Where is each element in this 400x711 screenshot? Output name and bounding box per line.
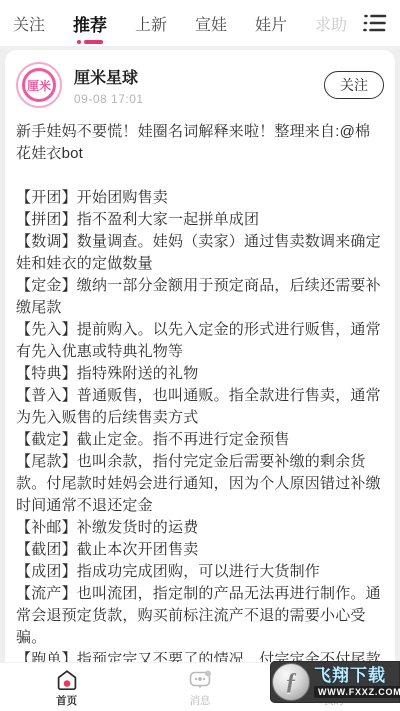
glossary-entry: 【截定】截止定金。指不再进行定金预售	[16, 429, 384, 451]
watermark: ƒ 飞翔下载 WWW.FXXZ.COM	[270, 661, 400, 703]
glossary-entry: 【开团】开始团购售卖	[16, 187, 384, 209]
category-list-icon[interactable]	[363, 13, 387, 33]
tab-recommend[interactable]: 推荐	[73, 7, 107, 40]
post-content: 新手娃妈不要慌！娃圈名词解释来啦！整理来自:@棉花娃衣bot 【开团】开始团购售…	[16, 121, 384, 663]
glossary-entry: 【尾款】也叫余款，指付完定金后需要补缴的剩余货款。付尾款时娃妈会进行通知，因为个…	[16, 451, 384, 517]
message-icon	[188, 669, 212, 691]
watermark-url: WWW.FXXZ.COM	[314, 686, 400, 698]
glossary-entry: 【定金】缴纳一部分金额用于预定商品，后续还需要补缴尾款	[16, 275, 384, 319]
glossary-entry: 【截团】截止本次开团售卖	[16, 539, 384, 561]
glossary-list: 【开团】开始团购售卖【拼团】指不盈利大家一起拼单成团【数调】数量调查。娃妈（卖家…	[16, 187, 384, 663]
post-timestamp: 09-08 17:01	[74, 92, 144, 106]
post-card: 厘米 厘米星球 09-08 17:01 关注 新手娃妈不要慌！娃圈名词解释来啦！…	[5, 50, 395, 663]
follow-button[interactable]: 关注	[324, 71, 384, 99]
avatar[interactable]: 厘米	[16, 62, 62, 108]
fxxz-logo-icon: ƒ	[272, 663, 310, 701]
tab-follow[interactable]: 关注	[13, 8, 45, 39]
author-name[interactable]: 厘米星球	[74, 65, 144, 88]
post-intro: 新手娃妈不要慌！娃圈名词解释来啦！整理来自:@棉花娃衣bot	[16, 121, 384, 165]
tab-xuanwa[interactable]: 宣娃	[195, 8, 227, 39]
post-meta: 厘米星球 09-08 17:01	[74, 65, 144, 106]
nav-item-home[interactable]: 首页	[0, 663, 133, 711]
tab-list: 关注 推荐 上新 宣娃 娃片 求助	[13, 7, 347, 40]
nav-item-messages[interactable]: 消息	[133, 663, 266, 711]
post-header: 厘米 厘米星球 09-08 17:01 关注	[16, 62, 384, 108]
tab-recommend-label: 推荐	[73, 16, 107, 35]
glossary-entry: 【流产】也叫流团，指定制的产品无法再进行制作。通常会退预定货款，购买前标注流产不…	[16, 583, 384, 649]
nav-label-home: 首页	[56, 693, 77, 708]
watermark-text: 飞翔下载 WWW.FXXZ.COM	[314, 667, 400, 698]
glossary-entry: 【拼团】指不盈利大家一起拼单成团	[16, 209, 384, 231]
watermark-title: 飞翔下载	[314, 667, 386, 685]
glossary-entry: 【补邮】补缴发货时的运费	[16, 517, 384, 539]
home-icon	[55, 669, 79, 691]
glossary-entry: 【数调】数量调查。娃妈（卖家）通过售卖数调来确定娃和娃衣的定做数量	[16, 231, 384, 275]
glossary-entry: 【成团】指成功完成团购，可以进行大货制作	[16, 561, 384, 583]
glossary-entry: 【特典】指特殊附送的礼物	[16, 363, 384, 385]
glossary-entry: 【普入】普通贩售，也叫通贩。指全款进行售卖，通常为先入贩售的后续售卖方式	[16, 385, 384, 429]
active-tab-underline	[77, 40, 103, 44]
glossary-entry: 【先入】提前购入。以先入定金的形式进行贩售，通常有先入优惠或特典礼物等	[16, 319, 384, 363]
nav-label-messages: 消息	[189, 693, 210, 708]
avatar-logo-text: 厘米	[22, 68, 56, 102]
tab-new[interactable]: 上新	[135, 8, 167, 39]
tab-wapian[interactable]: 娃片	[255, 8, 287, 39]
tab-help[interactable]: 求助	[315, 8, 347, 39]
top-tab-bar: 关注 推荐 上新 宣娃 娃片 求助	[0, 0, 400, 46]
